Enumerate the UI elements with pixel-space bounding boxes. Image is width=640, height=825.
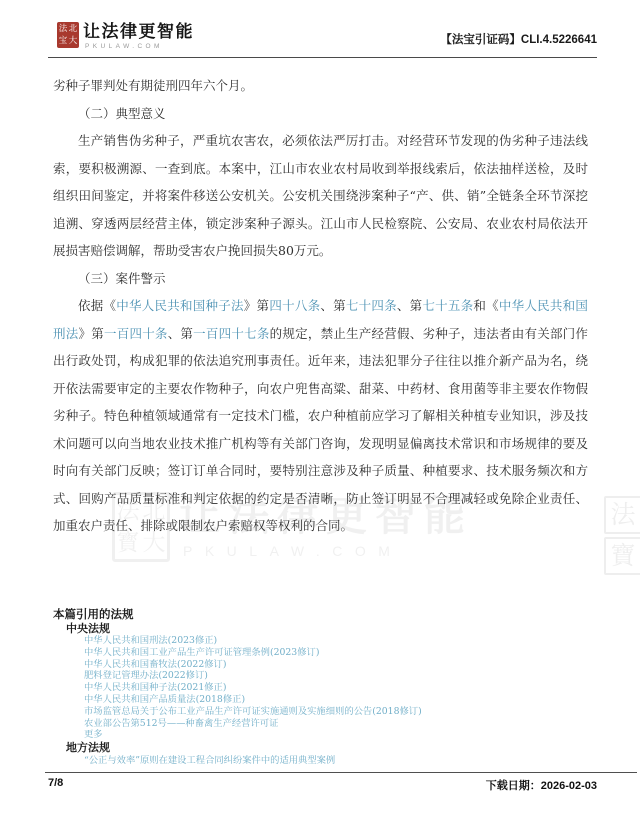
paragraph: 生产销售伪劣种子，严重坑农害农，必须依法严厉打击。对经营环节发现的伪劣种子违法线… bbox=[53, 127, 588, 265]
more-link[interactable]: 更多 bbox=[84, 729, 593, 741]
seal-char: 法 bbox=[604, 496, 640, 534]
law-article-link[interactable]: 中华人民共和国种子法 bbox=[116, 298, 244, 313]
paragraph: 依据《中华人民共和国种子法》第四十八条、第七十四条、第七十五条和《中华人民共和国… bbox=[53, 292, 588, 540]
footer-divider bbox=[45, 772, 637, 773]
pkulaw-logo: 法 北 宝 大 让法律更智能 PKULAW.COM bbox=[57, 22, 194, 50]
text-segment: （三）案件警示 bbox=[78, 271, 166, 286]
seal-char: 寶 bbox=[604, 537, 640, 575]
citation-code: 【法宝引证码】CLI.4.5226641 bbox=[440, 31, 597, 47]
cited-regulation-link[interactable]: 中华人民共和国产品质量法(2018修正) bbox=[84, 694, 593, 706]
document-page: 法 北 宝 大 让法律更智能 PKULAW.COM 【法宝引证码】CLI.4.5… bbox=[0, 0, 640, 825]
regulation-list: “公正与效率”原则在建设工程合同纠纷案件中的适用典型案例 bbox=[84, 755, 593, 767]
text-segment: 和《 bbox=[473, 298, 499, 313]
cited-regulations-title: 本篇引用的法规 bbox=[53, 608, 593, 622]
paragraph: （二）典型意义 bbox=[53, 100, 588, 128]
logo-slogan: 让法律更智能 bbox=[83, 22, 194, 42]
cited-regulations-groups: 中央法规中华人民共和国刑法(2023修正)中华人民共和国工业产品生产许可证管理条… bbox=[53, 623, 593, 767]
law-article-link[interactable]: 七十五条 bbox=[422, 298, 473, 313]
seal-char: 法 bbox=[58, 24, 68, 35]
document-body: 劣种子罪判处有期徒刑四年六个月。（二）典型意义生产销售伪劣种子，严重坑农害农，必… bbox=[53, 72, 588, 540]
page-header: 法 北 宝 大 让法律更智能 PKULAW.COM 【法宝引证码】CLI.4.5… bbox=[48, 22, 597, 50]
logo-domain: PKULAW.COM bbox=[83, 43, 194, 50]
page-number: 7/8 bbox=[48, 777, 63, 789]
law-article-link[interactable]: 一百四十条 bbox=[104, 326, 168, 341]
regulation-group-title: 中央法规 bbox=[66, 623, 593, 636]
logo-brand: 让法律更智能 PKULAW.COM bbox=[83, 22, 194, 50]
paragraph: （三）案件警示 bbox=[53, 265, 588, 293]
cited-regulation-link[interactable]: 中华人民共和国种子法(2021修正) bbox=[84, 682, 593, 694]
watermark-domain: PKULAW.COM bbox=[179, 543, 473, 559]
text-segment: 依据《 bbox=[78, 298, 116, 313]
cited-regulation-link[interactable]: 肥料登记管理办法(2022修订) bbox=[84, 670, 593, 682]
cited-regulation-link[interactable]: 中华人民共和国刑法(2023修正) bbox=[84, 635, 593, 647]
law-article-link[interactable]: 一百四十七条 bbox=[193, 326, 269, 341]
watermark-edge-seal-icon: 法 寶 bbox=[604, 496, 640, 578]
text-segment: 》第 bbox=[78, 326, 103, 341]
header-divider bbox=[48, 57, 597, 58]
cited-regulation-link[interactable]: 农业部公告第512号——种畜禽生产经营许可证 bbox=[84, 718, 593, 730]
law-article-link[interactable]: 七十四条 bbox=[346, 298, 397, 313]
seal-char: 北 bbox=[68, 24, 78, 35]
cited-regulation-link[interactable]: 中华人民共和国畜牧法(2022修订) bbox=[84, 659, 593, 671]
cited-regulations-section: 本篇引用的法规 中央法规中华人民共和国刑法(2023修正)中华人民共和国工业产品… bbox=[53, 608, 593, 766]
text-segment: 、第 bbox=[397, 298, 423, 313]
pkulaw-seal-icon: 法 北 宝 大 bbox=[57, 22, 79, 48]
text-segment: 劣种子罪判处有期徒刑四年六个月。 bbox=[53, 78, 253, 93]
seal-char: 大 bbox=[68, 36, 78, 47]
download-date: 下载日期：2026-02-03 bbox=[486, 777, 597, 793]
text-segment: 》第 bbox=[244, 298, 270, 313]
regulation-group-title: 地方法规 bbox=[66, 742, 593, 755]
text-segment: 的规定，禁止生产经营假、劣种子，违法者由有关部门作出行政处罚，构成犯罪的依法追究… bbox=[53, 326, 588, 534]
law-article-link[interactable]: 四十八条 bbox=[269, 298, 320, 313]
text-segment: 、第 bbox=[168, 326, 193, 341]
text-segment: （二）典型意义 bbox=[78, 106, 166, 121]
cited-regulation-link[interactable]: 中华人民共和国工业产品生产许可证管理条例(2023修订) bbox=[84, 647, 593, 659]
text-segment: 、第 bbox=[320, 298, 346, 313]
cited-regulation-link[interactable]: 市场监管总局关于公布工业产品生产许可证实施通则及实施细则的公告(2018修订) bbox=[84, 706, 593, 718]
regulation-list: 中华人民共和国刑法(2023修正)中华人民共和国工业产品生产许可证管理条例(20… bbox=[84, 635, 593, 741]
text-segment: 生产销售伪劣种子，严重坑农害农，必须依法严厉打击。对经营环节发现的伪劣种子违法线… bbox=[53, 133, 588, 258]
cited-regulation-link[interactable]: “公正与效率”原则在建设工程合同纠纷案件中的适用典型案例 bbox=[84, 755, 593, 767]
seal-char: 宝 bbox=[58, 36, 68, 47]
paragraph: 劣种子罪判处有期徒刑四年六个月。 bbox=[53, 72, 588, 100]
